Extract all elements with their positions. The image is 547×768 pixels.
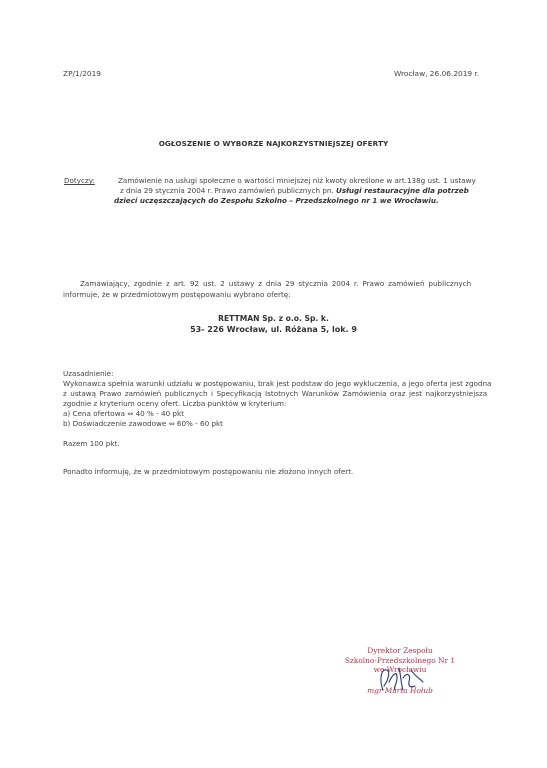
justification-line: z ustawą Prawo zamówień publicznych i Sp…: [63, 389, 487, 398]
justification-heading: Uzasadnienie:: [63, 369, 114, 378]
winner-name: RETTMAN Sp. z o.o. Sp. k.: [0, 314, 547, 323]
justification-line: zgodnie z kryterium oceny ofert. Liczba …: [63, 399, 286, 408]
criterion-price: a) Cena ofertowa ⇔ 40 % - 40 pkt: [63, 409, 184, 418]
justification-line: Wykonawca spełnia warunki udziału w post…: [63, 379, 491, 388]
points-total: Razem 100 pkt.: [63, 439, 120, 448]
subject-line-2: z dnia 29 stycznia 2004 r. Prawo zamówie…: [120, 186, 469, 195]
place-date: Wrocław, 26.06.2019 r.: [394, 69, 479, 78]
subject-line-3: dzieci uczęszczających do Zespołu Szkoln…: [114, 196, 439, 205]
handwritten-signature-icon: [375, 660, 435, 696]
subject-label: Dotyczy:: [64, 176, 95, 185]
closing-note: Ponadto informuję, że w przedmiotowym po…: [63, 467, 353, 476]
document-title: OGŁOSZENIE O WYBORZE NAJKORZYSTNIEJSZEJ …: [0, 139, 547, 148]
announcement-line-2: informuje, że w przedmiotowym postępowan…: [63, 290, 291, 299]
subject-line-2-plain: z dnia 29 stycznia 2004 r. Prawo zamówie…: [120, 186, 336, 195]
criterion-experience: b) Doświadczenie zawodowe ⇔ 60% - 60 pkt: [63, 419, 223, 428]
announcement-line-1: Zamawiający, zgodnie z art. 92 ust. 2 us…: [80, 279, 471, 288]
reference-number: ZP/1/2019: [63, 69, 101, 78]
stamp-line-1: Dyrektor Zespołu: [340, 646, 460, 656]
subject-line-1: Zamówienie na usługi społeczne o wartośc…: [118, 176, 476, 185]
winner-address: 53- 226 Wrocław, ul. Różana 5, lok. 9: [0, 325, 547, 334]
subject-line-2-bold: Usługi restauracyjne dla potrzeb: [336, 186, 469, 195]
